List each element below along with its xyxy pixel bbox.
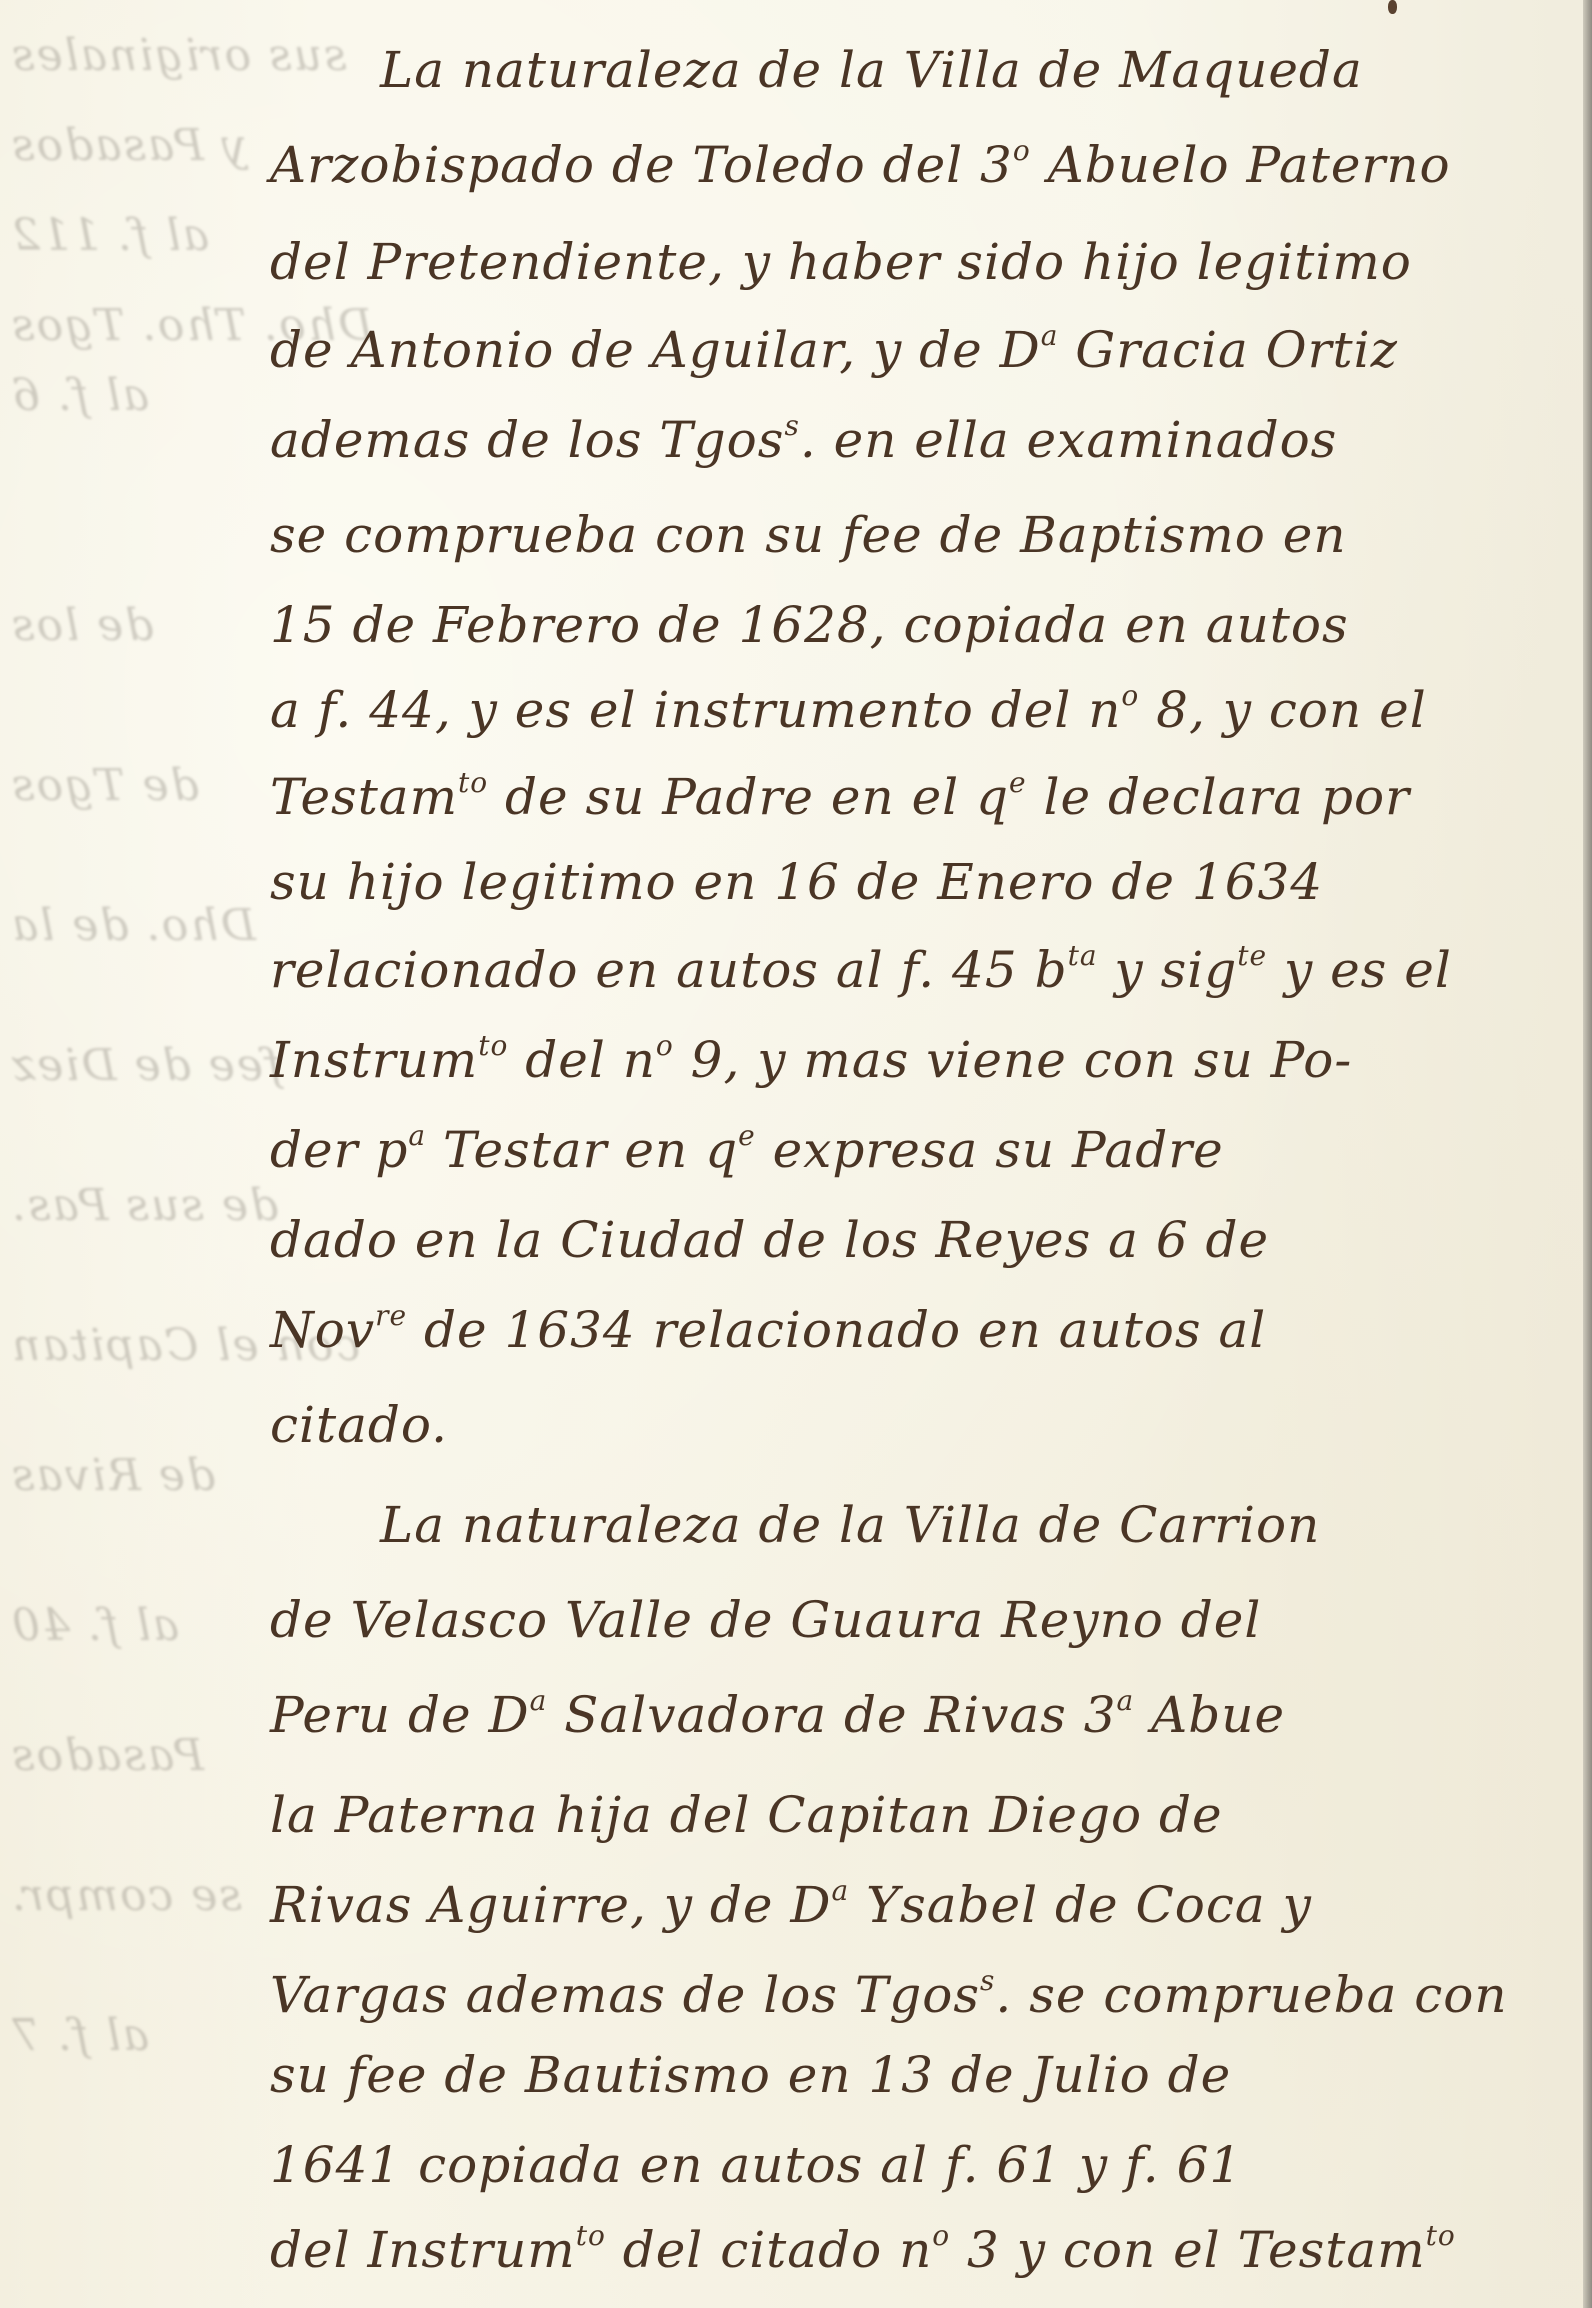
bleed-through-text: de Rivas [10, 1450, 215, 1501]
text-line: Testamto de su Padre en el qe le declara… [270, 772, 1410, 822]
text-line: se comprueba con su fee de Baptismo en [270, 510, 1347, 560]
ink-blot [1388, 0, 1397, 14]
text-line: de Velasco Valle de Guaura Reyno del [270, 1595, 1261, 1645]
text-line: ademas de los Tgoss. en ella examinados [270, 415, 1337, 465]
text-line: del Pretendiente, y haber sido hijo legi… [270, 237, 1412, 287]
text-line: a f. 44, y es el instrumento del no 8, y… [270, 685, 1427, 735]
text-line: de Antonio de Aguilar, y de Da Gracia Or… [270, 325, 1398, 375]
text-line: Arzobispado de Toledo del 3o Abuelo Pate… [270, 140, 1451, 190]
text-line: 15 de Febrero de 1628, copiada en autos [270, 600, 1349, 650]
text-line: su hijo legitimo en 16 de Enero de 1634 [270, 857, 1323, 907]
text-line: Rivas Aguirre, y de Da Ysabel de Coca y [270, 1880, 1312, 1930]
bleed-through-text: de los [10, 600, 153, 651]
text-line: Peru de Da Salvadora de Rivas 3a Abue [270, 1690, 1285, 1740]
text-line: la Paterna hija del Capitan Diego de [270, 1790, 1223, 1840]
text-line: La naturaleza de la Villa de Maqueda [380, 45, 1363, 95]
bleed-through-text: se compr. [10, 1870, 242, 1921]
manuscript-page: sus originales y Pasados al f. 112 Dho. … [0, 0, 1592, 2308]
bleed-through-text: al f. 40 [10, 1600, 179, 1651]
text-line: su fee de Bautismo en 13 de Julio de [270, 2050, 1231, 2100]
bleed-through-text: al f. 112 [10, 210, 209, 261]
bleed-through-text: fee de Diez [10, 1040, 281, 1091]
text-line: der pa Testar en qe expresa su Padre [270, 1125, 1224, 1175]
page-edge [1583, 0, 1592, 2308]
text-line: Instrumto del no 9, y mas viene con su P… [270, 1035, 1352, 1085]
text-line: 1641 copiada en autos al f. 61 y f. 61 [270, 2140, 1242, 2190]
bleed-through-text: Pasados [10, 1730, 204, 1781]
bleed-through-text: Dho. de la [10, 900, 256, 951]
text-line: del Instrumto del citado no 3 y con el T… [270, 2225, 1456, 2275]
text-line: Novre de 1634 relacionado en autos al [270, 1305, 1266, 1355]
bleed-through-text: y Pasados [10, 120, 247, 171]
bleed-through-text: de sus Pas. [10, 1180, 278, 1231]
bleed-through-text: al f. 7 [10, 2010, 149, 2061]
text-line: citado. [270, 1400, 448, 1450]
bleed-through-text: sus originales [10, 30, 347, 81]
text-line: relacionado en autos al f. 45 bta y sigt… [270, 945, 1452, 995]
text-line: dado en la Ciudad de los Reyes a 6 de [270, 1215, 1269, 1265]
text-line: La naturaleza de la Villa de Carrion [380, 1500, 1320, 1550]
bleed-through-text: de Tgos [10, 760, 199, 811]
bleed-through-text: al f. 6 [10, 370, 149, 421]
text-line: Vargas ademas de los Tgoss. se comprueba… [270, 1970, 1508, 2020]
